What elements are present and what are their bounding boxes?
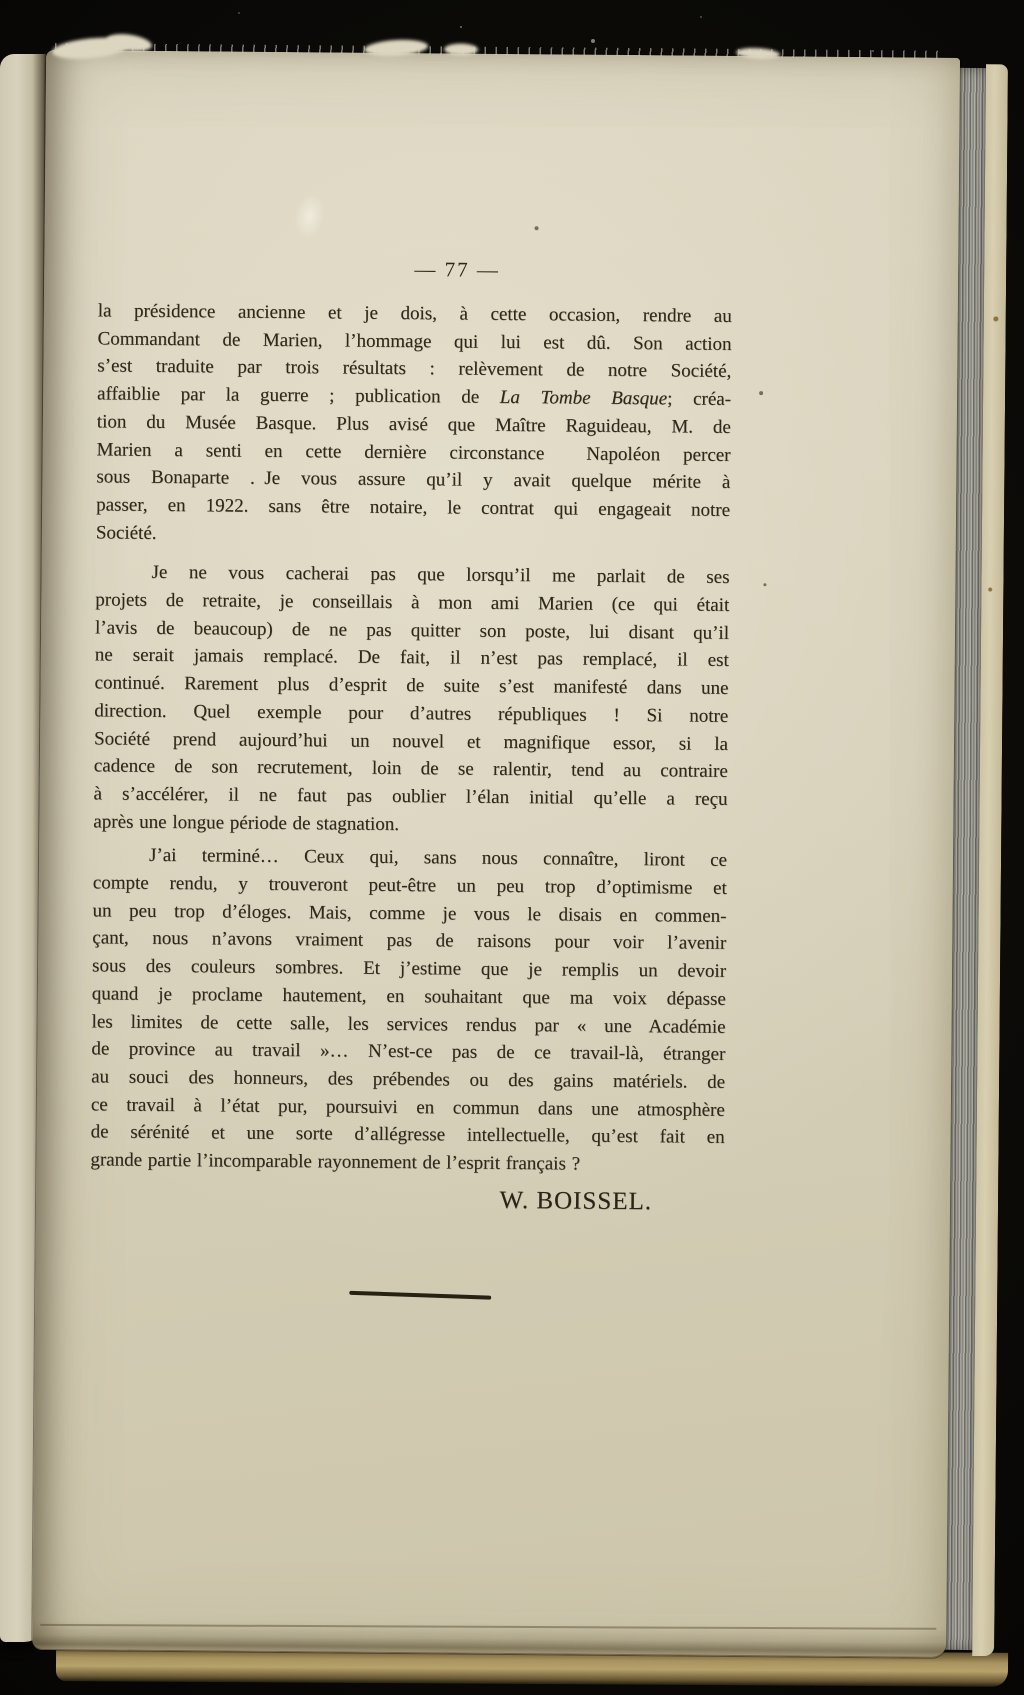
text-segment: Je ne vous cacherai pas que lorsqu’il me… [151,562,729,588]
italic-book-title: La Tombe Basque [500,387,667,409]
text-segment: Société prend aujourd’hui un nouvel et m… [94,728,728,755]
paper-speck [535,226,539,230]
book-scan: — 77 — la présidence ancienne et je dois… [0,0,1024,1695]
text-segment: de sérénité et une sorte d’allégresse in… [91,1122,725,1149]
text-segment: ; créa- [667,388,731,410]
paragraph: Je ne vous cacherai pas que lorsqu’il me… [93,559,729,842]
torn-top-edge [50,43,940,59]
text-segment: affaiblie par la guerre ; publication de [97,383,500,408]
text-segment: cadence de son recrutement, loin de se r… [94,756,728,783]
page-body: la présidence ancienne et je dois, à cet… [90,297,732,1179]
bottom-crease [40,1623,936,1628]
signature: W. BOISSEL. [90,1183,724,1217]
book-block: — 77 — la présidence ancienne et je dois… [32,50,1008,1664]
text-segment: s’est traduite par trois résultats : rel… [97,356,731,383]
text-segment: au souci des honneurs, des prébendes ou … [91,1066,725,1093]
paper-speck [759,391,763,395]
text-line: Société. [96,519,730,552]
text-segment: quand je proclame hautement, en souhaita… [92,983,726,1010]
text-segment: les limites de cette salle, les services… [92,1011,726,1038]
end-rule [349,1291,491,1299]
text-segment: Marien a senti en cette dernière circons… [97,439,731,466]
text-line: passer, en 1922. sans être notaire, le c… [96,491,730,524]
text-segment: Commandant de Marien, l’hommage qui lui … [97,328,731,355]
text-segment: après une longue période de stagnation. [93,811,399,835]
text-segment: sous des couleurs sombres. Et j’estime q… [92,956,726,983]
paragraph: la présidence ancienne et je dois, à cet… [96,297,732,552]
page-text: — 77 — la présidence ancienne et je dois… [90,252,732,1216]
text-segment: J’ai terminé… Ceux qui, sans nous connaî… [149,845,727,871]
text-segment: passer, en 1922. sans être notaire, le c… [96,494,730,521]
text-segment: continué. Rarement plus d’esprit de suit… [94,673,728,700]
page-number: — 77 — [140,253,774,287]
text-segment: l’avis de beaucoup) de ne pas quitter so… [95,617,729,644]
text-segment: Société. [96,522,157,544]
paper-stain [291,190,329,243]
text-segment: direction. Quel exemple pour d’autres ré… [94,700,728,727]
text-segment: compte rendu, y trouveront peut-être un … [93,872,727,899]
text-segment: projets de retraite, je conseillais à mo… [95,589,729,616]
text-segment: sous Bonaparte . Je vous assure qu’il y … [96,467,730,494]
text-segment: ce travail à l’état pur, poursuivi en co… [91,1094,725,1121]
text-segment: un peu trop d’éloges. Mais, comme je vou… [92,900,726,927]
book-page: — 77 — la présidence ancienne et je dois… [32,50,960,1658]
text-segment: ne serait jamais remplacé. De fait, il n… [95,645,729,672]
text-segment: à s’accélérer, il ne faut pas oublier l’… [94,783,728,810]
paper-speck [763,583,766,586]
paper-tuft [444,43,478,55]
paragraph: J’ai terminé… Ceux qui, sans nous connaî… [90,842,727,1180]
text-segment: grande partie l’incomparable rayonnement… [90,1149,580,1174]
text-segment: la présidence ancienne et je dois, à cet… [98,300,732,327]
dust-specks [0,0,2,2]
text-segment: de province au travail »… N’est-ce pas d… [91,1039,725,1066]
paper-tuft [364,38,429,58]
text-line: après une longue période de stagnation. [93,808,727,841]
text-segment: çant, nous n’avons vraiment pas de raiso… [92,928,726,955]
text-line: grande partie l’incomparable rayonnement… [90,1146,724,1179]
text-segment: tion du Musée Basque. Plus avisé que Maî… [97,411,731,438]
